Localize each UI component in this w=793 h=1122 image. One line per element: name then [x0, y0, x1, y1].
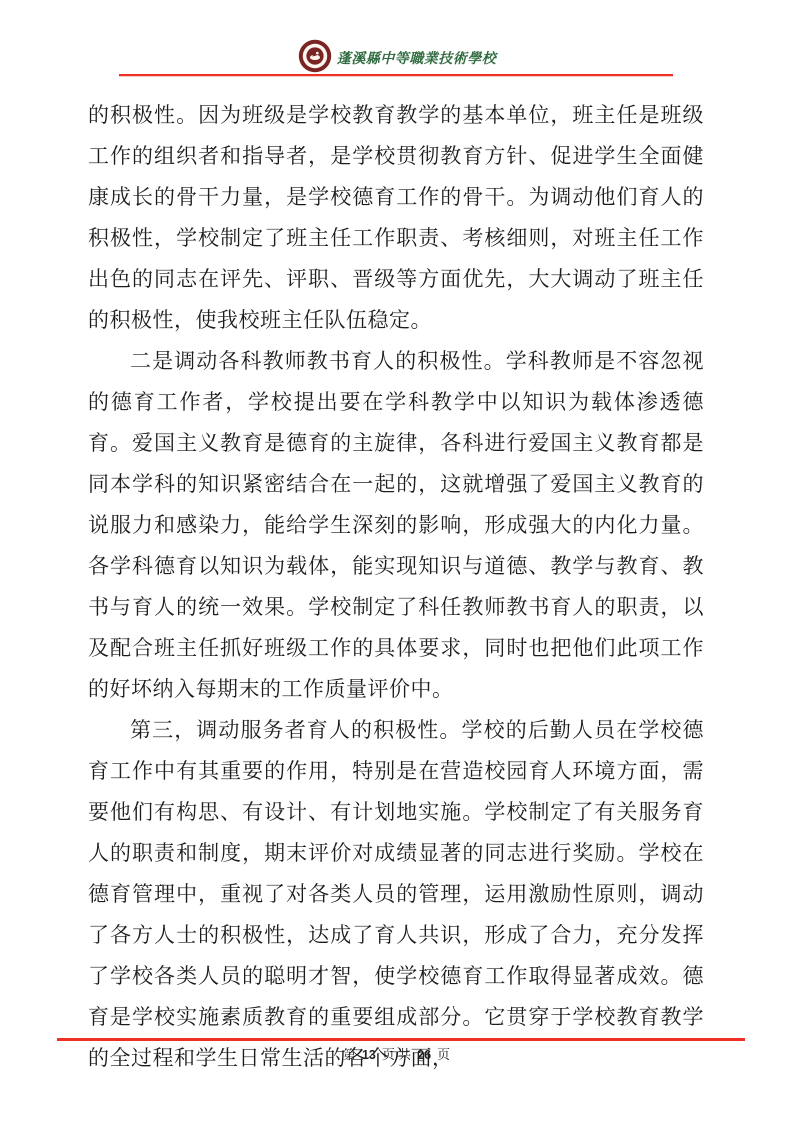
footer-middle: 页 共: [382, 1047, 411, 1062]
total-page-number: 26: [417, 1048, 431, 1062]
school-seal-icon: [297, 38, 333, 74]
document-page: 蓬溪縣中等職業技術學校 的积极性。因为班级是学校教育教学的基本单位，班主任是班级…: [0, 0, 793, 1122]
footer-rule-line: [57, 1038, 745, 1041]
school-name: 蓬溪縣中等職業技術學校: [337, 48, 497, 68]
footer-suffix: 页: [437, 1047, 450, 1062]
paragraph-2: 二是调动各科教师教书育人的积极性。学科教师是不容忽视的德育工作者，学校提出要在学…: [88, 341, 704, 710]
page-header: 蓬溪縣中等職業技術學校: [0, 38, 793, 74]
page-number-footer: 第13页 共26页: [0, 1044, 793, 1063]
paragraph-1: 的积极性。因为班级是学校教育教学的基本单位，班主任是班级工作的组织者和指导者，是…: [88, 95, 704, 341]
document-body: 的积极性。因为班级是学校教育教学的基本单位，班主任是班级工作的组织者和指导者，是…: [88, 95, 704, 1079]
paragraph-3: 第三，调动服务者育人的积极性。学校的后勤人员在学校德育工作中有其重要的作用，特别…: [88, 710, 704, 1079]
current-page-number: 13: [362, 1048, 376, 1062]
header-rule-line: [119, 74, 673, 76]
footer-prefix: 第: [343, 1047, 356, 1062]
